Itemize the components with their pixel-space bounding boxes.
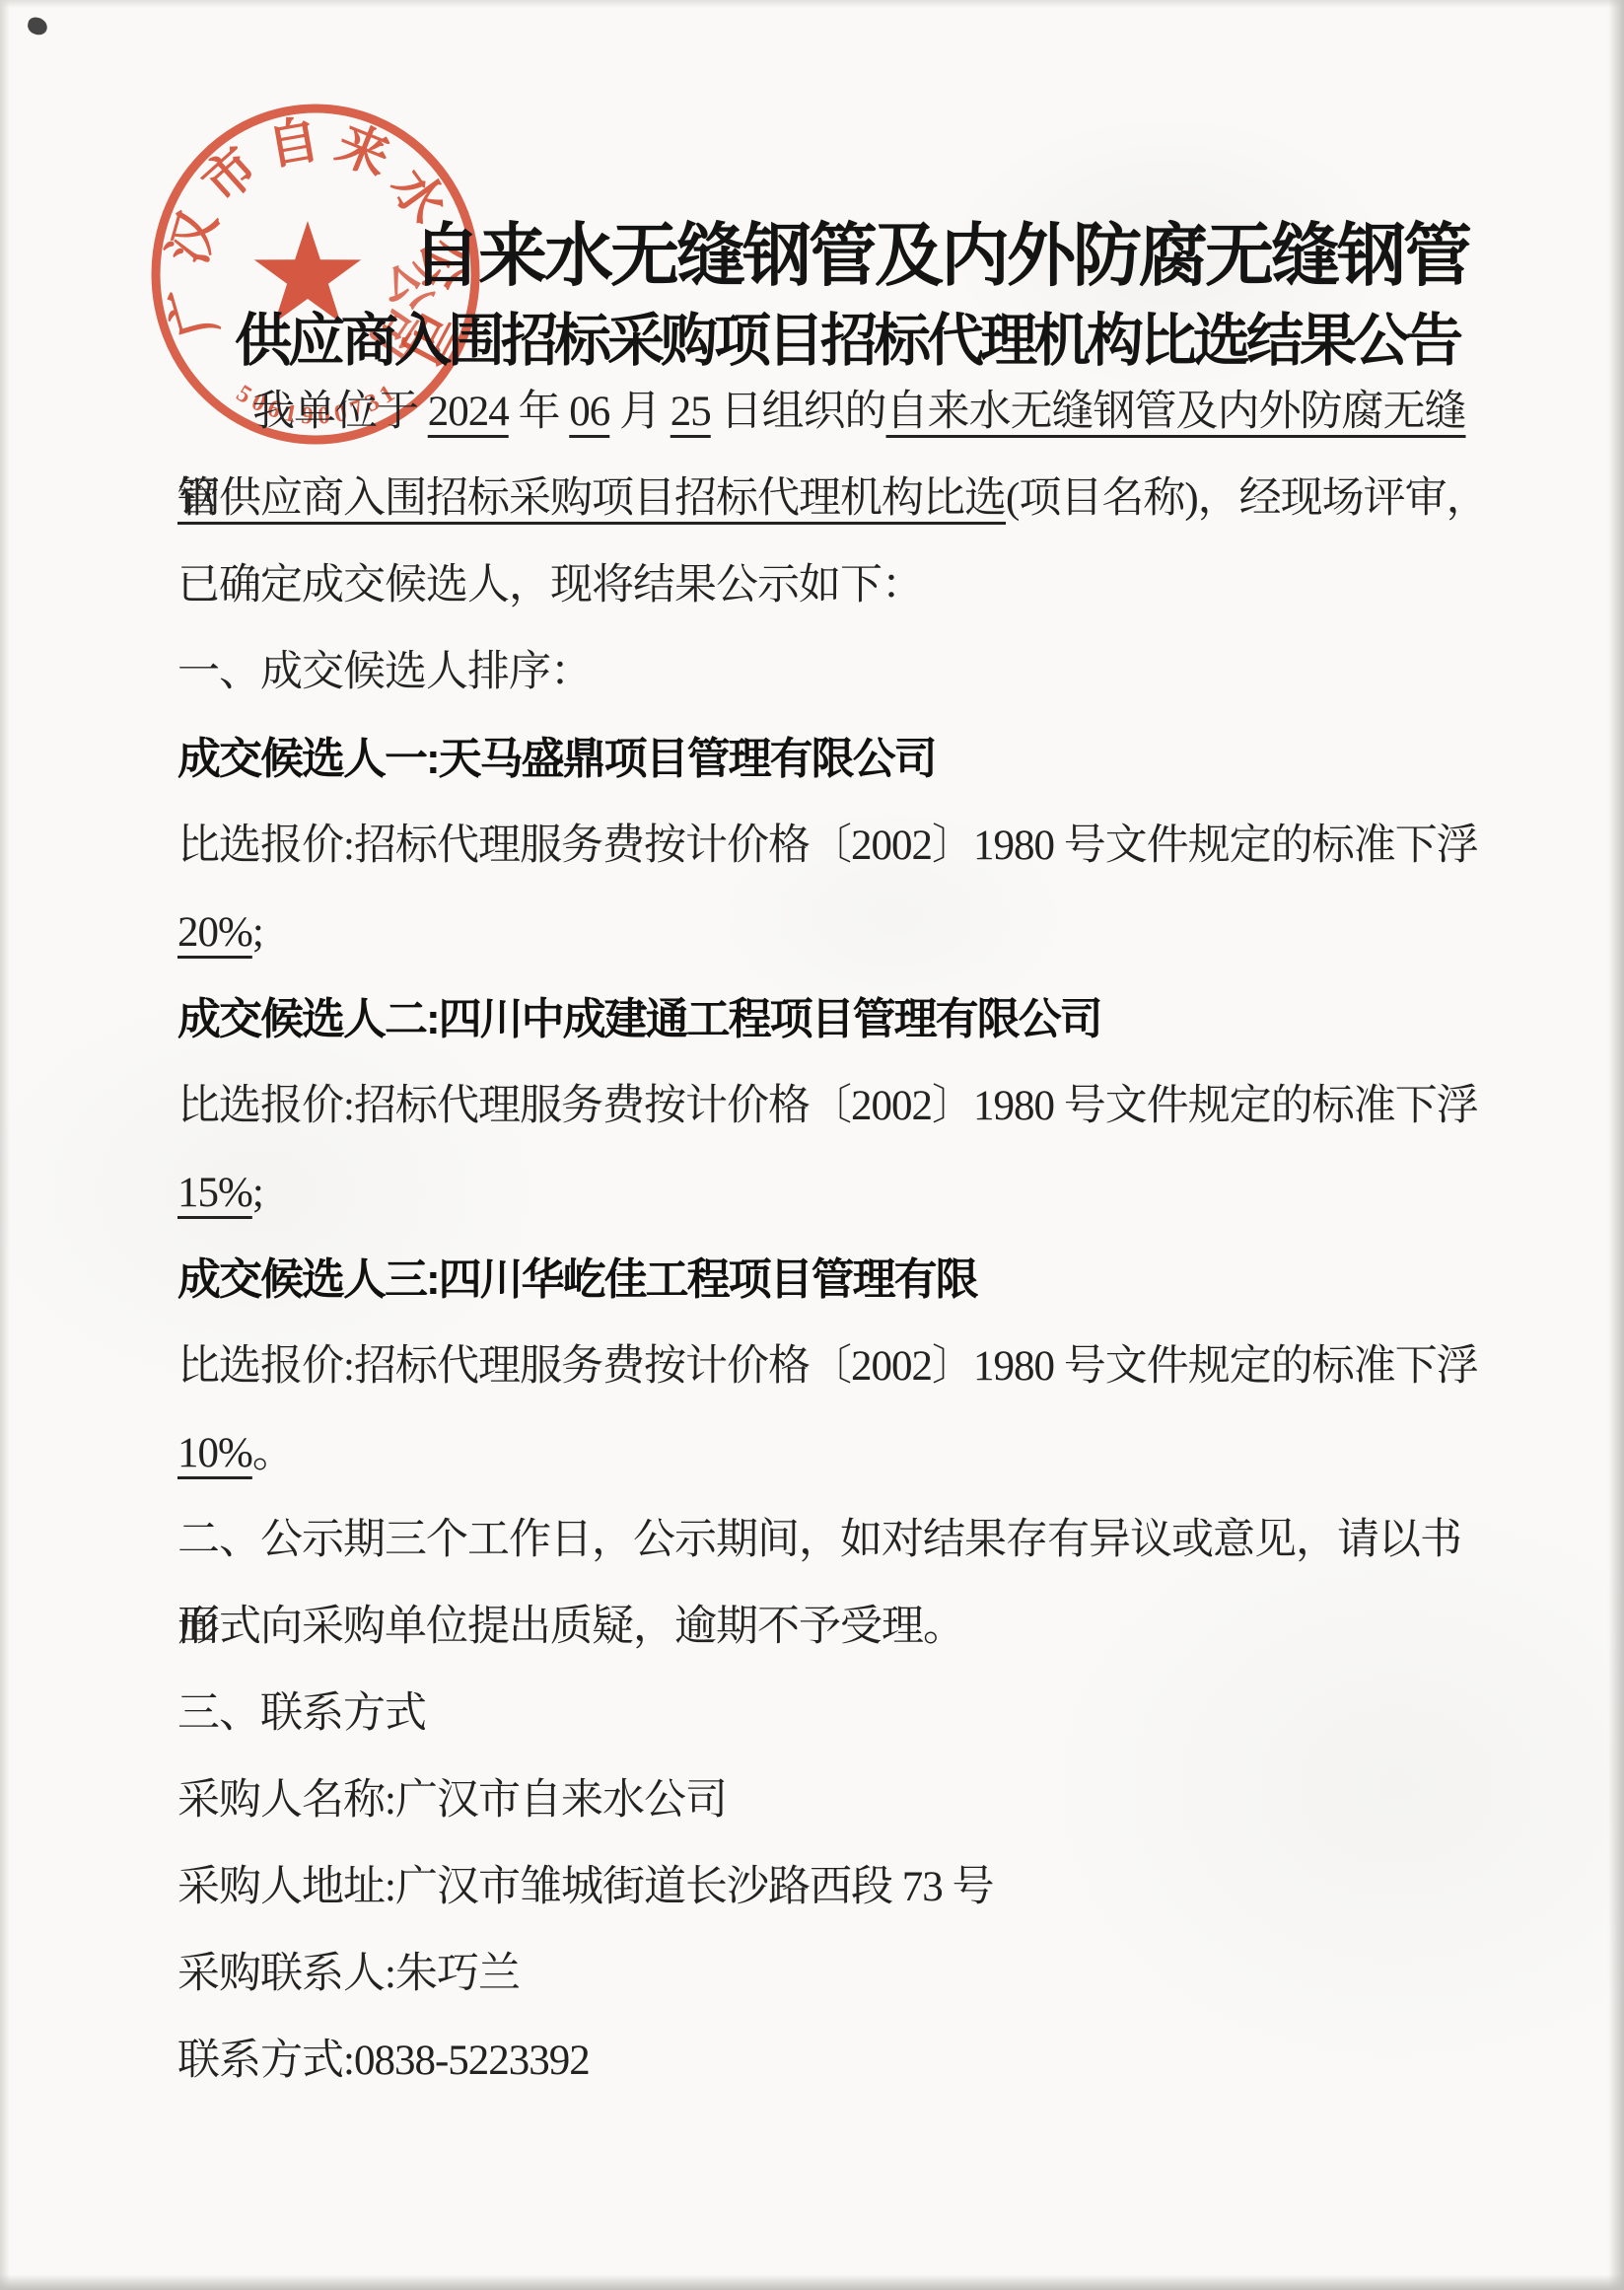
text-segment: 年 — [509, 389, 570, 435]
text-line: 管供应商入围招标采购项目招标代理机构比选(项目名称)，经现场评审， — [177, 456, 1489, 542]
text-line: 比选报价:招标代理服务费按计价格〔2002〕1980 号文件规定的标准下浮 — [177, 1063, 1489, 1150]
underlined-text: 管供应商入围招标采购项目招标代理机构比选 — [177, 475, 1006, 522]
text-line: 20%; — [177, 890, 1489, 976]
scan-artifact-mark — [26, 16, 49, 36]
underlined-text: 20% — [177, 909, 252, 956]
text-line: 我单位于 2024 年 06 月 25 日组织的自来水无缝钢管及内外防腐无缝钢 — [177, 369, 1489, 456]
text-segment: 采购人名称:广汉市自来水公司 — [177, 1777, 727, 1824]
text-segment: 成交候选人一:天马盛鼎项目管理有限公司 — [177, 735, 936, 783]
document-page: 广汉市自来水公司公司 5061900731 自来水无缝钢管及内外防腐无缝钢管 供… — [0, 0, 1624, 2290]
text-segment: 已确定成交候选人，现将结果公示如下： — [177, 562, 923, 608]
text-segment: 。 — [252, 1430, 294, 1476]
text-line: 10%。 — [177, 1410, 1489, 1497]
underlined-text: 06 — [569, 389, 609, 435]
text-segment: 联系方式:0838-5223392 — [177, 2038, 590, 2084]
text-line: 一、成交候选人排序： — [177, 629, 1489, 716]
scan-edge-bottom — [0, 2274, 1624, 2290]
text-line: 采购人地址:广汉市雏城街道长沙路西段 73 号 — [177, 1844, 1489, 1931]
document-body: 我单位于 2024 年 06 月 25 日组织的自来水无缝钢管及内外防腐无缝钢管… — [177, 369, 1489, 2105]
text-line: 二、公示期三个工作日，公示期间，如对结果存有异议或意见，请以书面 — [177, 1497, 1489, 1584]
text-line: 采购联系人:朱巧兰 — [177, 1931, 1489, 2018]
text-line: 三、联系方式 — [177, 1671, 1489, 1757]
text-line: 比选报价:招标代理服务费按计价格〔2002〕1980 号文件规定的标准下浮 — [177, 1324, 1489, 1410]
scan-edge-left — [0, 0, 10, 2290]
text-segment: 我单位于 — [252, 389, 428, 435]
text-segment: 成交候选人二:四川中成建通工程项目管理有限公司 — [177, 995, 1101, 1043]
text-line: 比选报价:招标代理服务费按计价格〔2002〕1980 号文件规定的标准下浮 — [177, 803, 1489, 890]
text-segment: 比选报价:招标代理服务费按计价格〔2002〕1980 号文件规定的标准下浮 — [177, 1343, 1478, 1390]
text-line: 成交候选人一:天马盛鼎项目管理有限公司 — [177, 716, 1489, 803]
text-segment: 一、成交候选人排序： — [177, 649, 592, 695]
text-line: 15%; — [177, 1150, 1489, 1237]
underlined-text: 15% — [177, 1170, 252, 1216]
text-segment: 比选报价:招标代理服务费按计价格〔2002〕1980 号文件规定的标准下浮 — [177, 1083, 1478, 1129]
seal-ring-char: 自 — [263, 110, 323, 176]
scan-edge-top — [0, 0, 1624, 8]
text-line: 联系方式:0838-5223392 — [177, 2018, 1489, 2105]
text-segment: 采购人地址:广汉市雏城街道长沙路西段 73 号 — [177, 1864, 993, 1910]
text-segment: 形式向采购单位提出质疑，逾期不予受理。 — [177, 1604, 964, 1650]
text-segment: 月 — [609, 389, 671, 435]
document-title-line2: 供应商入围招标采购项目招标代理机构比选结果公告 — [235, 294, 1459, 377]
text-segment: (项目名称)，经现场评审， — [1006, 475, 1488, 522]
text-line: 采购人名称:广汉市自来水公司 — [177, 1757, 1489, 1844]
text-segment: ; — [252, 1170, 263, 1216]
text-segment: ; — [252, 909, 263, 956]
text-segment: 日组织的 — [711, 389, 886, 435]
text-segment: 采购联系人:朱巧兰 — [177, 1951, 520, 1997]
text-line: 已确定成交候选人，现将结果公示如下： — [177, 542, 1489, 629]
underlined-text: 25 — [671, 389, 711, 435]
text-line: 形式向采购单位提出质疑，逾期不予受理。 — [177, 1584, 1489, 1671]
text-segment: 比选报价:招标代理服务费按计价格〔2002〕1980 号文件规定的标准下浮 — [177, 823, 1478, 869]
text-segment: 三、联系方式 — [177, 1690, 426, 1737]
scan-edge-right — [1608, 0, 1624, 2290]
text-line: 成交候选人二:四川中成建通工程项目管理有限公司 — [177, 976, 1489, 1063]
underlined-text: 2024 — [428, 389, 509, 435]
text-line: 成交候选人三:四川华屹佳工程项目管理有限 — [177, 1237, 1489, 1324]
text-segment: 成交候选人三:四川华屹佳工程项目管理有限 — [177, 1255, 977, 1304]
seal-ring-char: 市 — [192, 137, 268, 214]
underlined-text: 10% — [177, 1430, 252, 1476]
document-title-line1: 自来水无缝钢管及内外防腐无缝钢管 — [412, 200, 1469, 300]
